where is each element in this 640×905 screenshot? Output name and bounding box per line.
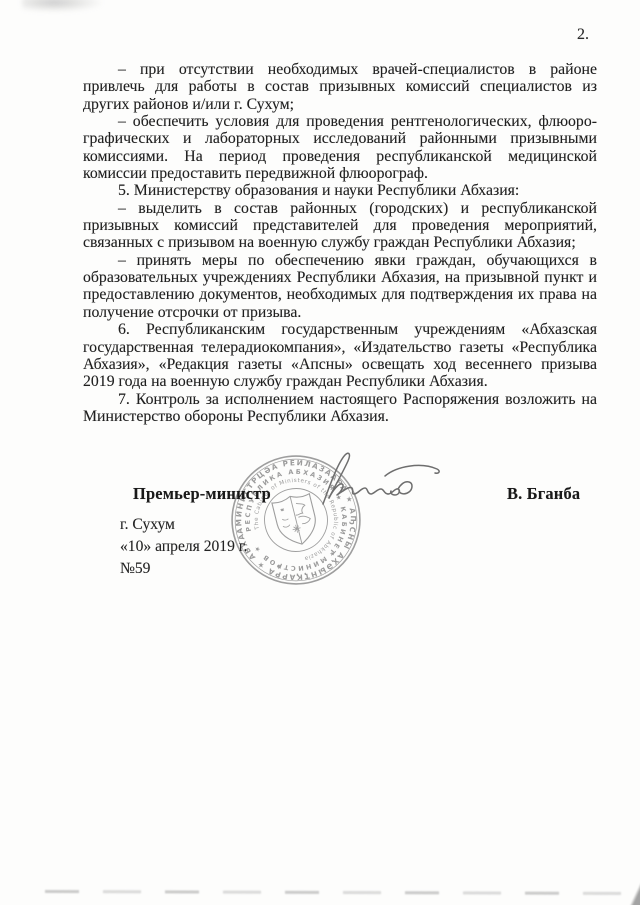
text-line: образовательных учреждениях Республики А…: [83, 269, 597, 286]
scan-corner-mark: [630, 881, 640, 905]
text-line: связанных с призывом на военную службу г…: [83, 234, 597, 251]
text-line: комиссии предоставить передвижной флюоро…: [83, 165, 597, 182]
text-line: 7. Контроль за исполнением настоящего Ра…: [83, 391, 597, 408]
text-line: привлечь для работы в состав призывных к…: [83, 78, 597, 95]
scanned-document-page: 2. – при отсутствии необходимых врачей-с…: [0, 0, 640, 905]
signatory-title: Премьер-министр: [133, 484, 271, 504]
text-line: – принять меры по обеспечению явки гражд…: [83, 252, 597, 269]
text-line: – выделить в состав районных (городских)…: [83, 200, 597, 217]
scan-smudge: [22, 0, 102, 12]
text-line: получение отсрочки от призыва.: [83, 304, 597, 321]
text-line: государственная телерадиокомпания», «Изд…: [83, 339, 597, 356]
text-line: – обеспечить условия для проведения рент…: [83, 113, 597, 130]
text-line: призывных комиссий представителей для пр…: [83, 217, 597, 234]
scan-edge-line: [45, 890, 635, 895]
page-number: 2.: [577, 26, 589, 44]
place-line: г. Сухум: [120, 516, 175, 534]
text-line: комиссиями. На период проведения республ…: [83, 148, 597, 165]
signatory-name: В. Бганба: [507, 484, 580, 504]
text-line: других районов и/или г. Сухум;: [83, 96, 597, 113]
text-line: графических и лабораторных исследований …: [83, 130, 597, 147]
date-line: «10» апреля 2019 г.: [120, 538, 247, 556]
text-line: Абхазия», «Редакция газеты «Апсны» освещ…: [83, 356, 597, 373]
text-line: Министерство обороны Республики Абхазия.: [83, 408, 597, 425]
text-line: 6. Республиканским государственным учреж…: [83, 321, 597, 338]
text-line: предоставлению документов, необходимых д…: [83, 286, 597, 303]
text-line: – при отсутствии необходимых врачей-спец…: [83, 61, 597, 78]
document-body: – при отсутствии необходимых врачей-спец…: [83, 61, 597, 425]
text-line: 2019 года на военную службу граждан Респ…: [83, 373, 597, 390]
document-number: №59: [120, 560, 150, 578]
text-line: 5. Министерству образования и науки Респ…: [83, 182, 597, 199]
signature-autograph: [285, 448, 450, 510]
